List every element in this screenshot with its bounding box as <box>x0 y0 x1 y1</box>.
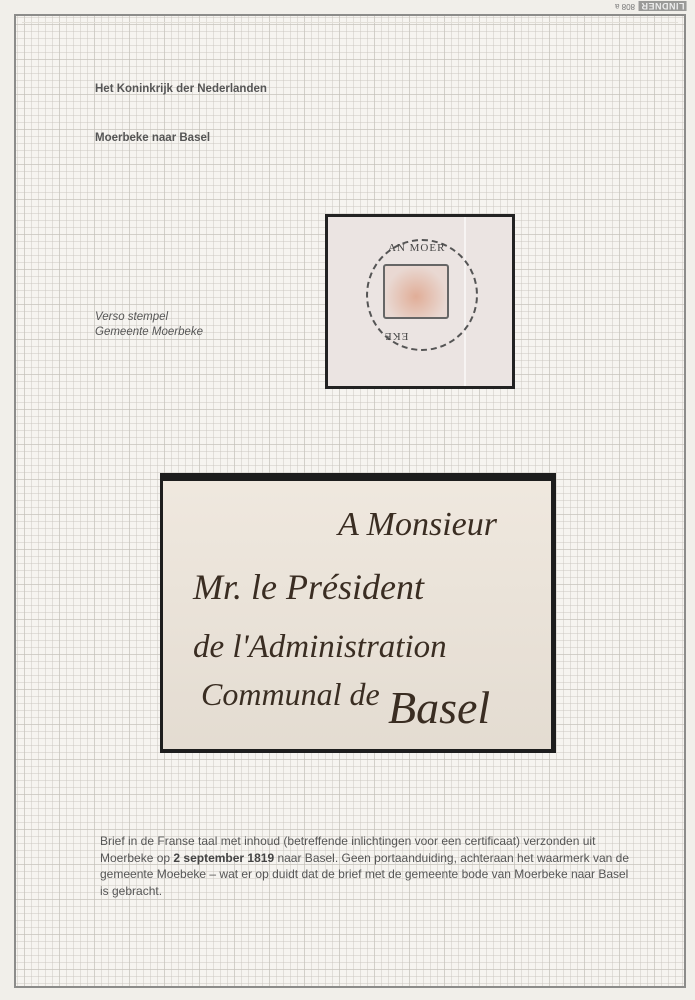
album-page-label: LINDNER 808 a <box>615 0 687 13</box>
address-line-1: A Monsieur <box>338 506 497 544</box>
seal-text-top: AN MOER <box>388 242 445 254</box>
route-title: Moerbeke naar Basel <box>95 132 210 144</box>
description-text: Brief in de Franse taal met inhoud (betr… <box>100 833 640 899</box>
letter-cover-image: A Monsieur Mr. le Président de l'Adminis… <box>163 481 551 749</box>
address-line-3: de l'Administration <box>193 629 447 666</box>
wax-seal-icon <box>383 264 449 319</box>
address-line-2: Mr. le Président <box>193 566 424 608</box>
page-number: 808 a <box>615 2 635 11</box>
address-line-4: Communal de <box>201 676 380 713</box>
country-title: Het Koninkrijk der Nederlanden <box>95 83 267 95</box>
verso-caption: Verso stempel Gemeente Moerbeke <box>95 310 203 340</box>
brand-logo: LINDNER <box>640 2 688 12</box>
verso-caption-line1: Verso stempel <box>95 310 203 325</box>
verso-stamp-image: AN MOER EKE <box>325 214 515 389</box>
verso-caption-line2: Gemeente Moerbeke <box>95 325 203 340</box>
address-line-5: Basel <box>388 681 490 734</box>
description-date: 2 september 1819 <box>173 851 274 865</box>
seal-text-bottom: EKE <box>384 330 408 342</box>
